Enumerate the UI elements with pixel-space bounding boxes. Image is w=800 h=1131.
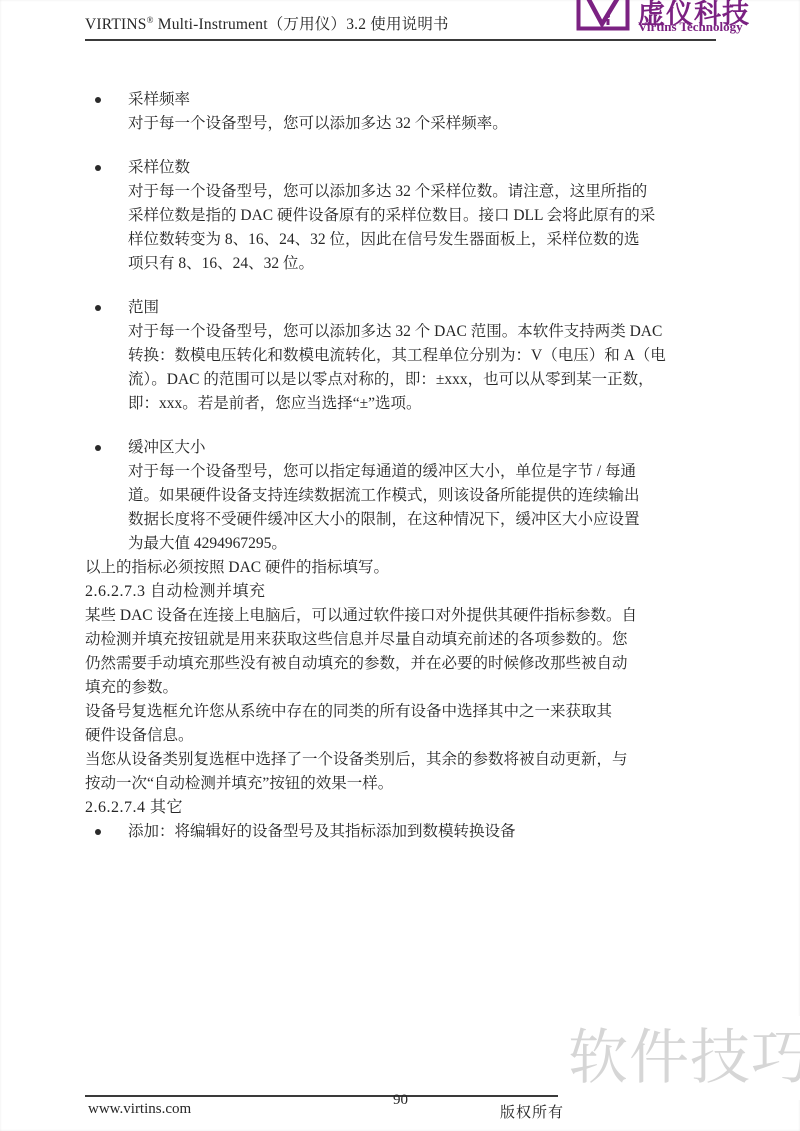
watermark: 软件技巧 (558, 1016, 800, 1100)
bullet-sample-rate: 采样频率 对于每一个设备型号，您可以添加多达 32 个采样频率。 (85, 88, 725, 136)
section-heading-7-3: 2.6.2.7.3 自动检测并填充 (85, 580, 725, 604)
virtins-logo-icon (576, 0, 630, 31)
bullet-text: 对于每一个设备型号，您可以指定每通道的缓冲区大小，单位是字节 / 每通 道。如果… (128, 460, 725, 556)
other-bullet-list: 添加：将编辑好的设备型号及其指标添加到数模转换设备 (85, 820, 725, 844)
spec-bullet-list: 采样频率 对于每一个设备型号，您可以添加多达 32 个采样频率。 采样位数 对于… (85, 88, 725, 556)
manual-page: VIRTINS® Multi-Instrument（万用仪）3.2 使用说明书 … (0, 0, 800, 1131)
section-heading-7-4: 2.6.2.7.4 其它 (85, 796, 725, 820)
bullet-add: 添加：将编辑好的设备型号及其指标添加到数模转换设备 (85, 820, 725, 844)
bullet-range: 范围 对于每一个设备型号，您可以添加多达 32 个 DAC 范围。本软件支持两类… (85, 296, 725, 416)
bullet-title: 采样频率 (128, 88, 725, 112)
registered-trademark-symbol: ® (147, 15, 154, 25)
bullet-text: 对于每一个设备型号，您可以添加多达 32 个采样位数。请注意，这里所指的 采样位… (128, 180, 725, 276)
title-rest: Multi-Instrument（万用仪）3.2 使用说明书 (154, 16, 449, 33)
bullet-sample-bits: 采样位数 对于每一个设备型号，您可以添加多达 32 个采样位数。请注意，这里所指… (85, 156, 725, 276)
bullet-text: 添加：将编辑好的设备型号及其指标添加到数模转换设备 (128, 820, 725, 844)
page-number: 90 (85, 1092, 716, 1109)
brand-name: VIRTINS (85, 16, 147, 33)
bullet-title: 采样位数 (128, 156, 725, 180)
page-body: 采样频率 对于每一个设备型号，您可以添加多达 32 个采样频率。 采样位数 对于… (85, 88, 725, 844)
paragraph: 设备号复选框允许您从系统中存在的同类的所有设备中选择其中之一来获取其 硬件设备信… (85, 700, 725, 748)
header-divider (85, 39, 716, 41)
bullet-text: 对于每一个设备型号，您可以添加多达 32 个 DAC 范围。本软件支持两类 DA… (128, 320, 725, 416)
bullet-title: 缓冲区大小 (128, 436, 725, 460)
bullet-title: 范围 (128, 296, 725, 320)
paragraph: 某些 DAC 设备在连接上电脑后，可以通过软件接口对外提供其硬件指标参数。自 动… (85, 604, 725, 700)
note-paragraph: 以上的指标必须按照 DAC 硬件的指标填写。 (85, 556, 725, 580)
bullet-buffer-size: 缓冲区大小 对于每一个设备型号，您可以指定每通道的缓冲区大小，单位是字节 / 每… (85, 436, 725, 556)
logo-text-english: Virtins Technology (638, 19, 743, 35)
bullet-text: 对于每一个设备型号，您可以添加多达 32 个采样频率。 (128, 112, 725, 136)
paragraph: 当您从设备类别复选框中选择了一个设备类别后，其余的参数将被自动更新，与 按动一次… (85, 748, 725, 796)
footer-copyright: 版权所有 (500, 1101, 564, 1122)
page-title: VIRTINS® Multi-Instrument（万用仪）3.2 使用说明书 (85, 12, 449, 34)
